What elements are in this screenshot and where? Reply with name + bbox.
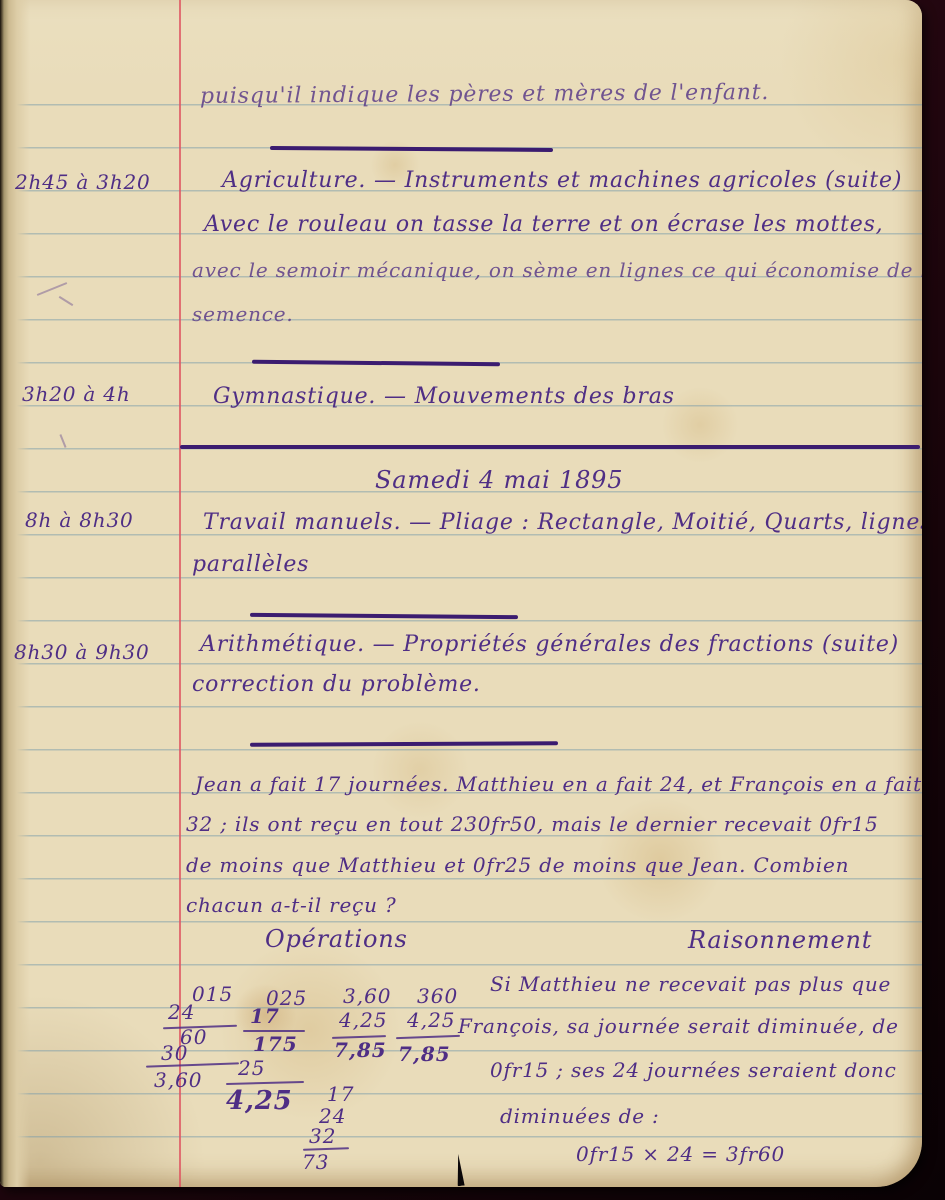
operations-title: Opérations: [265, 925, 408, 953]
date-line: Samedi 4 mai 1895: [375, 466, 623, 494]
raisonnement-line-2: François, sa journée serait diminuée, de: [458, 1014, 899, 1038]
raisonnement-title: Raisonnement: [688, 926, 872, 954]
op-add2-term-1: 360: [417, 984, 458, 1008]
op-mult2-total: 4,25: [226, 1086, 293, 1116]
op-add2-total: 7,85: [398, 1042, 451, 1066]
agriculture-heading: Agriculture. — Instruments et machines a…: [222, 168, 902, 193]
op-add3-total: 73: [302, 1150, 329, 1174]
problem-line-1: Jean a fait 17 journées. Matthieu en a f…: [195, 772, 922, 796]
op-mult1-multiplicand: 015: [192, 982, 233, 1006]
op-mult1-total: 3,60: [154, 1068, 203, 1092]
raisonnement-line-4: diminuées de :: [500, 1104, 660, 1128]
agriculture-line-3: semence.: [192, 302, 294, 326]
gymnastique-line: Gymnastique. — Mouvements des bras: [213, 384, 675, 409]
op-mult1-partial-2: 30: [161, 1041, 188, 1065]
notebook-page: puisqu'il indique les pères et mères de …: [0, 0, 922, 1187]
section-rule-3: [180, 445, 920, 449]
problem-line-3: de moins que Matthieu et 0fr25 de moins …: [186, 853, 849, 877]
raisonnement-line-3: 0fr15 ; ses 24 journées seraient donc: [490, 1058, 897, 1082]
arithmetique-line-1: Arithmétique. — Propriétés générales des…: [200, 632, 899, 657]
margin-time-2: 3h20 à 4h: [22, 382, 131, 406]
problem-line-4: chacun a-t-il reçu ?: [186, 893, 397, 917]
travail-line-2: parallèles: [192, 552, 309, 577]
op-add3-term-3: 32: [309, 1124, 336, 1148]
intro-line: puisqu'il indique les pères et mères de …: [200, 80, 769, 109]
agriculture-line-2: avec le semoir mécanique, on sème en lig…: [192, 258, 922, 282]
problem-line-2: 32 ; ils ont reçu en tout 230fr50, mais …: [186, 812, 879, 836]
travail-line-1: Travail manuels. — Pliage : Rectangle, M…: [203, 510, 922, 535]
margin-time-4: 8h30 à 9h30: [14, 640, 150, 664]
op-mult1-multiplier: 24: [168, 1000, 195, 1024]
arithmetique-line-2: correction du problème.: [192, 672, 481, 697]
raisonnement-line-5: 0fr15 × 24 = 3fr60: [576, 1142, 785, 1166]
op-add1-term-1: 3,60: [343, 984, 392, 1008]
op-mult2-partial-2: 25: [238, 1056, 265, 1080]
op-add2-term-2: 4,25: [407, 1008, 456, 1032]
op-mult2-multiplier: 17: [250, 1004, 280, 1028]
agriculture-line-1: Avec le rouleau on tasse la terre et on …: [204, 212, 883, 237]
scan-background: { "nb": { "intro": "puisqu'il indique le…: [0, 0, 945, 1200]
raisonnement-line-1: Si Matthieu ne recevait pas plus que: [490, 972, 891, 996]
op-add1-total: 7,85: [334, 1038, 387, 1062]
op-add1-term-2: 4,25: [339, 1008, 388, 1032]
margin-time-1: 2h45 à 3h20: [15, 170, 151, 194]
op-mult2-partial-1: 175: [253, 1032, 298, 1056]
margin-time-3: 8h à 8h30: [25, 508, 134, 532]
op-add3-term-1: 17: [327, 1082, 354, 1106]
